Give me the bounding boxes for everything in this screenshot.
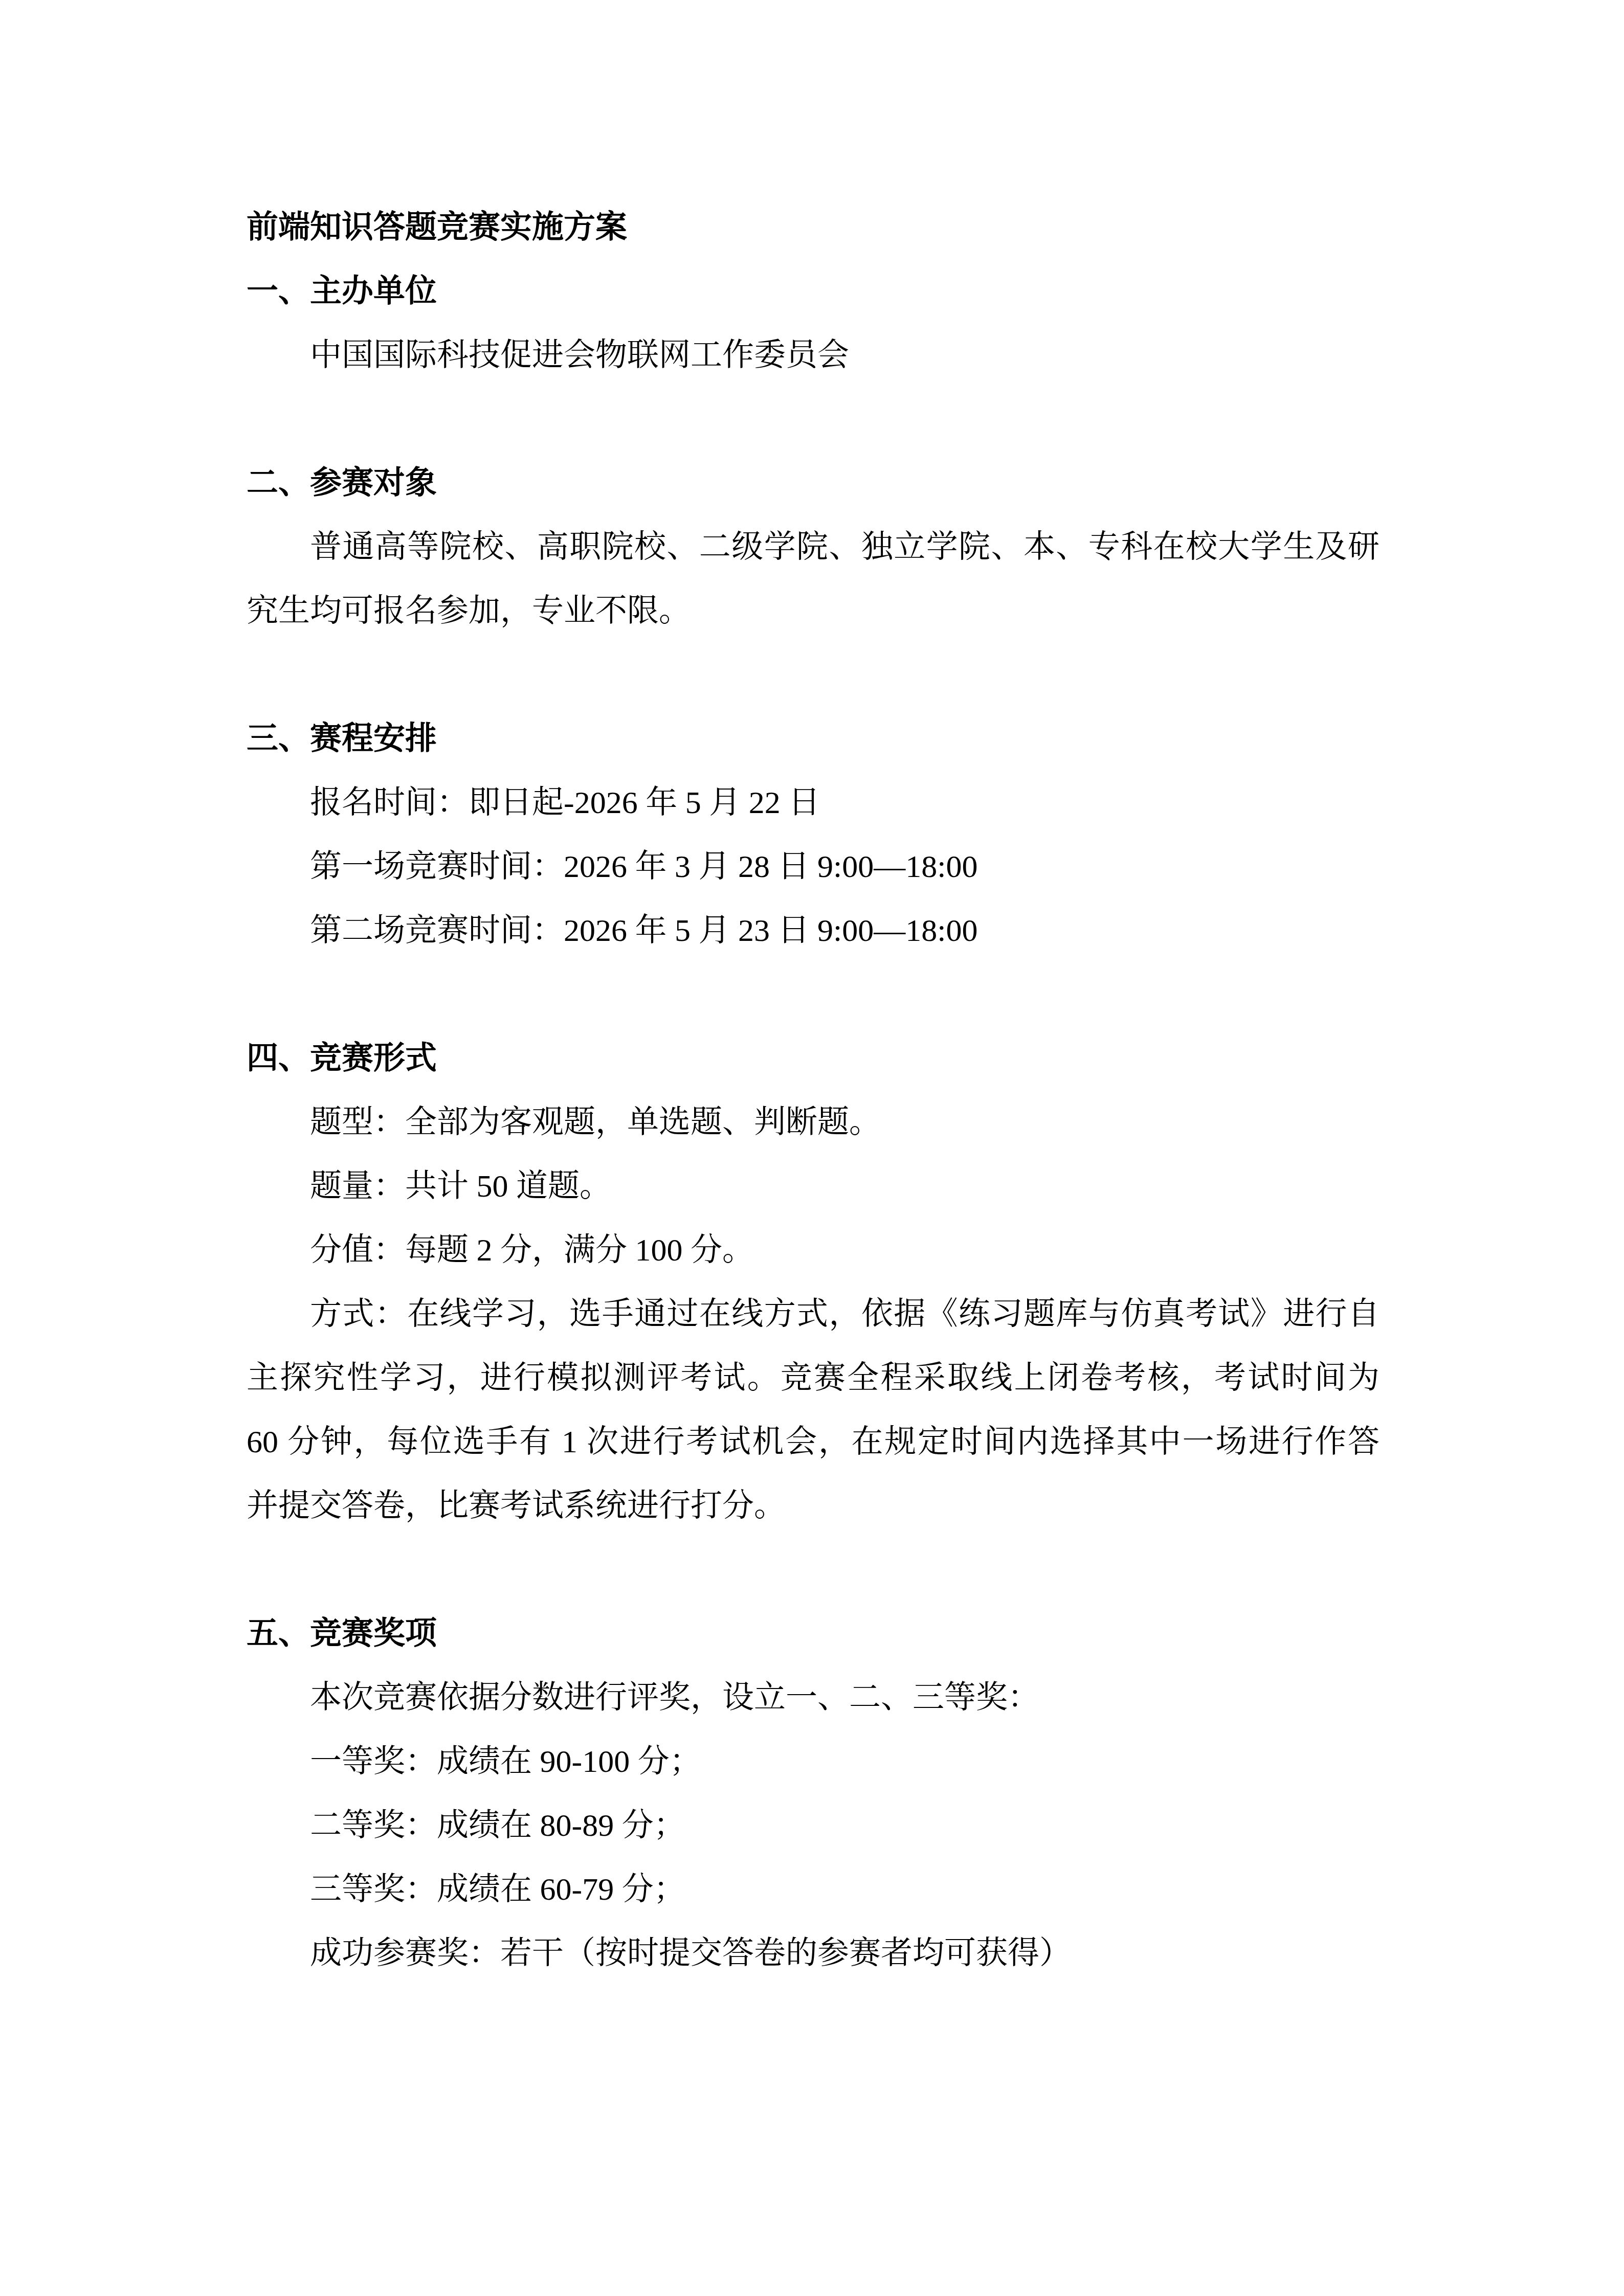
paragraph: 一等奖：成绩在 90-100 分； xyxy=(247,1730,1380,1794)
text-line: 成功参赛奖：若干（按时提交答卷的参赛者均可获得） xyxy=(247,1922,1380,1986)
text-line: 普通高等院校、高职院校、二级学院、独立学院、本、专科在校大学生及研 xyxy=(247,515,1380,579)
paragraph: 题量：共计 50 道题。 xyxy=(247,1155,1380,1219)
text-line: 一等奖：成绩在 90-100 分； xyxy=(247,1730,1380,1794)
text-line: 报名时间：即日起-2026 年 5 月 22 日 xyxy=(247,771,1380,835)
paragraph: 本次竞赛依据分数进行评奖，设立一、二、三等奖： xyxy=(247,1666,1380,1730)
section-awards: 五、竞赛奖项 本次竞赛依据分数进行评奖，设立一、二、三等奖： 一等奖：成绩在 9… xyxy=(247,1602,1380,1986)
text-line: 题量：共计 50 道题。 xyxy=(247,1155,1380,1219)
text-line: 并提交答卷，比赛考试系统进行打分。 xyxy=(247,1474,1380,1538)
paragraph: 二等奖：成绩在 80-89 分； xyxy=(247,1794,1380,1858)
paragraph: 分值：每题 2 分，满分 100 分。 xyxy=(247,1219,1380,1282)
paragraph: 题型：全部为客观题，单选题、判断题。 xyxy=(247,1091,1380,1155)
text-line: 题型：全部为客观题，单选题、判断题。 xyxy=(247,1091,1380,1155)
paragraph: 第二场竞赛时间：2026 年 5 月 23 日 9:00—18:00 xyxy=(247,899,1380,963)
section-format: 四、竞赛形式 题型：全部为客观题，单选题、判断题。 题量：共计 50 道题。 分… xyxy=(247,1027,1380,1538)
text-line: 第一场竞赛时间：2026 年 3 月 28 日 9:00—18:00 xyxy=(247,835,1380,899)
section-organizer: 一、主办单位 中国国际科技促进会物联网工作委员会 xyxy=(247,260,1380,388)
doc-title: 前端知识答题竞赛实施方案 xyxy=(247,196,1380,260)
text-line: 本次竞赛依据分数进行评奖，设立一、二、三等奖： xyxy=(247,1666,1380,1730)
paragraph: 普通高等院校、高职院校、二级学院、独立学院、本、专科在校大学生及研 究生均可报名… xyxy=(247,515,1380,643)
text-line: 三等奖：成绩在 60-79 分； xyxy=(247,1858,1380,1922)
section-schedule-heading: 三、赛程安排 xyxy=(247,707,1380,771)
section-format-heading: 四、竞赛形式 xyxy=(247,1027,1380,1091)
text-line: 分值：每题 2 分，满分 100 分。 xyxy=(247,1219,1380,1282)
paragraph: 第一场竞赛时间：2026 年 3 月 28 日 9:00—18:00 xyxy=(247,835,1380,899)
text-line: 中国国际科技促进会物联网工作委员会 xyxy=(247,324,1380,388)
text-line: 二等奖：成绩在 80-89 分； xyxy=(247,1794,1380,1858)
text-line: 究生均可报名参加，专业不限。 xyxy=(247,579,1380,643)
section-organizer-heading: 一、主办单位 xyxy=(247,260,1380,324)
paragraph: 三等奖：成绩在 60-79 分； xyxy=(247,1858,1380,1922)
section-participants-heading: 二、参赛对象 xyxy=(247,452,1380,515)
section-awards-heading: 五、竞赛奖项 xyxy=(247,1602,1380,1666)
paragraph: 中国国际科技促进会物联网工作委员会 xyxy=(247,324,1380,388)
paragraph: 成功参赛奖：若干（按时提交答卷的参赛者均可获得） xyxy=(247,1922,1380,1986)
text-line: 60 分钟，每位选手有 1 次进行考试机会，在规定时间内选择其中一场进行作答 xyxy=(247,1410,1380,1474)
section-schedule: 三、赛程安排 报名时间：即日起-2026 年 5 月 22 日 第一场竞赛时间：… xyxy=(247,707,1380,963)
paragraph: 方式：在线学习，选手通过在线方式，依据《练习题库与仿真考试》进行自 主探究性学习… xyxy=(247,1282,1380,1538)
paragraph: 报名时间：即日起-2026 年 5 月 22 日 xyxy=(247,771,1380,835)
section-participants: 二、参赛对象 普通高等院校、高职院校、二级学院、独立学院、本、专科在校大学生及研… xyxy=(247,452,1380,643)
text-line: 第二场竞赛时间：2026 年 5 月 23 日 9:00—18:00 xyxy=(247,899,1380,963)
text-line: 方式：在线学习，选手通过在线方式，依据《练习题库与仿真考试》进行自 xyxy=(247,1282,1380,1346)
text-line: 主探究性学习，进行模拟测评考试。竞赛全程采取线上闭卷考核，考试时间为 xyxy=(247,1346,1380,1410)
document-page: 前端知识答题竞赛实施方案 一、主办单位 中国国际科技促进会物联网工作委员会 二、… xyxy=(0,0,1624,2296)
